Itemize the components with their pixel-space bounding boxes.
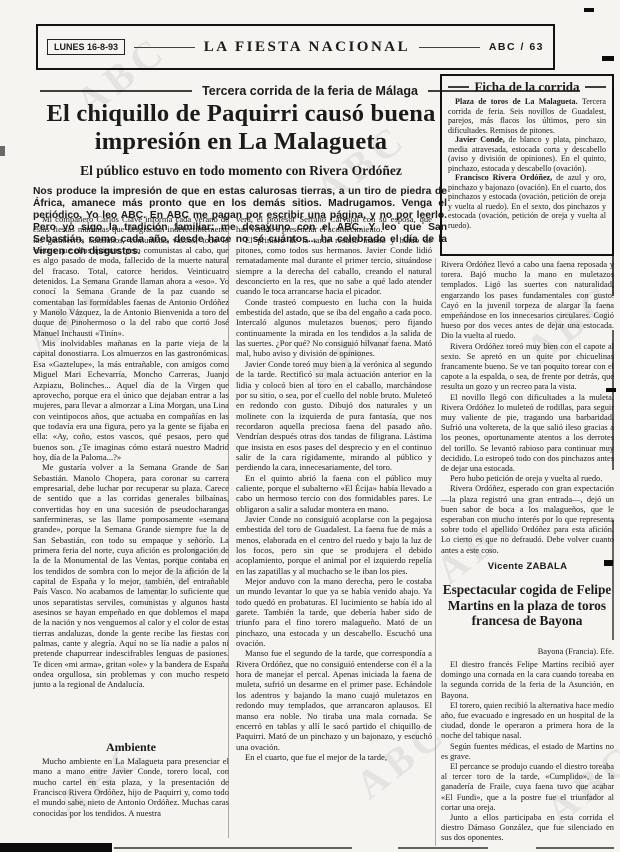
secondary-article-body: El diestro francés Felipe Martins recibi…: [441, 660, 614, 846]
column-divider: [228, 218, 229, 838]
scorecard-entry: Plaza de toros de La Malagueta. Tercera …: [448, 97, 606, 135]
paragraph: El novillo llegó con dificultades a la m…: [441, 393, 614, 475]
paragraph: Mucho ambiente en La Malagueta para pres…: [33, 756, 229, 818]
paragraph: Rivera Ordóñez llevó a cabo una faena re…: [441, 260, 614, 342]
dateline: Bayona (Francia). Efe.: [441, 647, 614, 656]
article-column-1-continued: Mucho ambiente en La Malagueta para pres…: [33, 756, 229, 818]
kicker-label: Tercera corrida de la feria de Málaga: [192, 84, 428, 98]
bullfight-scorecard-box: Ficha de la corrida Plaza de toros de La…: [440, 74, 614, 256]
paragraph: Junto a ellos participaba en esta corrid…: [441, 813, 614, 844]
scorecard-entry-lead: Francisco Rivera Ordóñez,: [455, 173, 552, 182]
secondary-headline: Espectacular cogida de Felipe Martins en…: [438, 582, 616, 629]
bottom-rule: [114, 847, 352, 849]
scan-artifact: [0, 843, 112, 852]
byline: Vicente ZABALA: [441, 561, 614, 572]
scan-artifact: [604, 560, 613, 566]
column-divider: [435, 258, 436, 846]
scorecard-entry: Javier Conde, de blanco y plata, pinchaz…: [448, 135, 606, 173]
scorecard-entry: Francisco Rivera Ordóñez, de azul y oro,…: [448, 173, 606, 230]
page-number: ABC / 63: [489, 41, 544, 53]
paragraph: El diestro francés Felipe Martins recibi…: [441, 660, 614, 701]
paragraph: El percance se produjo cuando el diestro…: [441, 762, 614, 813]
article-column-2: vera, el profesor Serrano Carvajal con s…: [236, 214, 432, 846]
section-title: LA FIESTA NACIONAL: [204, 39, 410, 56]
header-rule: [419, 47, 480, 48]
paragraph: Según fuentes médicas, el estado de Mart…: [441, 742, 614, 762]
paragraph: vera, el profesor Serrano Carvajal con s…: [236, 214, 432, 235]
paragraph: Mis inolvidables mañanas en la parte vie…: [33, 338, 229, 462]
scorecard-rule: [585, 86, 606, 88]
scan-artifact: [606, 388, 616, 392]
bottom-rule: [398, 847, 488, 849]
paragraph: En el quinto abrió la faena con el públi…: [236, 473, 432, 514]
scan-artifact: [612, 520, 614, 640]
paragraph: Rivera Ordóñez, esperado con gran expect…: [441, 484, 614, 555]
scan-artifact: [612, 86, 614, 296]
paragraph: El primero de la tarde resultó manso y h…: [236, 235, 432, 297]
scorecard-title: Ficha de la corrida: [469, 79, 584, 95]
main-deck: El público estuvo en todo momento con Ri…: [36, 163, 446, 179]
paragraph: Javier Conde toreó muy bien a la verónic…: [236, 359, 432, 473]
paragraph: Manso fue el segundo de la tarde, que co…: [236, 648, 432, 751]
paragraph: El torero, quien recibió la alternativa …: [441, 701, 614, 742]
scan-artifact: [612, 330, 614, 470]
scorecard-entry-lead: Javier Conde,: [455, 135, 505, 144]
article-column-1: Mi compañero Carlos Clave informa cada v…: [33, 214, 229, 738]
scan-artifact: [602, 56, 614, 61]
main-headline: El chiquillo de Paquirri causó buena imp…: [36, 100, 446, 157]
newspaper-page: ABC ABC ABC ABC ABC ABC ABC ABC ABC ABC …: [0, 0, 620, 852]
paragraph: Pero hubo petición de oreja y vuelta al …: [441, 474, 614, 484]
scorecard-rule: [448, 86, 469, 88]
issue-date: LUNES 16-8-93: [47, 39, 125, 55]
scorecard-entry-lead: Plaza de toros de La Malagueta.: [455, 97, 578, 106]
scorecard-title-row: Ficha de la corrida: [448, 79, 606, 95]
section-subhead: Ambiente: [33, 740, 229, 755]
article-column-3: Rivera Ordóñez llevó a cabo una faena re…: [441, 260, 614, 558]
bottom-rule: [536, 847, 614, 849]
scan-artifact: [584, 8, 594, 12]
paragraph: Conde trasteó compuesto en lucha con la …: [236, 297, 432, 359]
paragraph: Mi compañero Carlos Clave informa cada v…: [33, 214, 229, 338]
paragraph: Mejor anduvo con la mano derecha, pero l…: [236, 576, 432, 648]
page-header: LUNES 16-8-93 LA FIESTA NACIONAL ABC / 6…: [36, 24, 555, 70]
paragraph: Javier Conde no consiguió acoplarse con …: [236, 514, 432, 576]
paragraph: Me gustaría volver a la Semana Grande de…: [33, 462, 229, 690]
scorecard-body: Plaza de toros de La Malagueta. Tercera …: [448, 97, 606, 230]
scan-artifact: [0, 146, 5, 156]
paragraph: Rivera Ordóñez toreó muy bien con el cap…: [441, 342, 614, 393]
header-rule: [134, 47, 195, 48]
paragraph: En el cuarto, que fue el mejor de la tar…: [236, 752, 432, 762]
kicker-rule: [40, 90, 192, 92]
